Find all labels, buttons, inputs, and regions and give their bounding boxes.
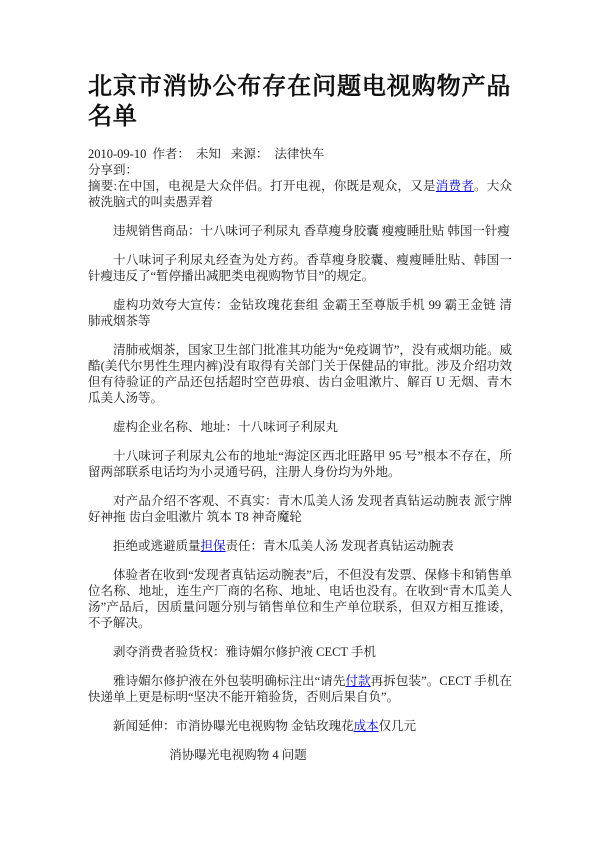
news-extension-text-pre: 新闻延伸：市消协曝光电视购物 金钻玫瑰花	[113, 719, 354, 733]
paragraph-refuse-guarantee: 拒绝或逃避质量担保责任：青木瓜美人汤 发现者真钻运动腕表	[88, 538, 512, 554]
author-value: 未知	[196, 147, 221, 161]
article-meta-block: 2010-09-10作者：未知来源：法律快车 分享到： 摘要:在中国，电视是大众…	[88, 146, 512, 210]
paragraph-violation-products: 违规销售商品：十八味诃子利尿丸 香草瘦身胶囊 瘦瘦睡肚贴 韩国一针瘦	[88, 223, 512, 239]
share-label: 分享到：	[88, 162, 512, 178]
paragraph-pay-first: 雅诗媚尔修护液在外包装明确标注出“请先付款再拆包装”。CECT 手机在快递单上更…	[88, 673, 512, 705]
paragraph-expose-four-problems: 消协曝光电视购物 4 问题	[88, 747, 512, 763]
guarantee-text-pre: 拒绝或逃避质量	[113, 539, 201, 553]
paragraph-prescription-drug: 十八味诃子利尿丸经查为处方药。香草瘦身胶囊、瘦瘦睡肚贴、韩国一针瘦违反了“暂停播…	[88, 252, 512, 284]
paragraph-quit-smoking-tea: 清肺戒烟茶，国家卫生部门批准其功能为“免疫调节”，没有戒烟功能。威酷(美代尔男性…	[88, 342, 512, 406]
paragraph-fictitious-company: 虚构企业名称、地址：十八味诃子利尿丸	[88, 419, 512, 435]
paragraph-experience-complaint: 体验者在收到“发现者真钻运动腕表”后，不但没有发票、保修卡和销售单位名称、地址，…	[88, 567, 512, 631]
page-title: 北京市消协公布存在问题电视购物产品名单	[88, 72, 512, 132]
meta-line: 2010-09-10作者：未知来源：法律快车	[88, 146, 512, 162]
abstract: 摘要:在中国，电视是大众伴侣。打开电视，你既是观众，又是消费者。大众被洗脑式的叫…	[88, 178, 512, 210]
consumer-link[interactable]: 消费者	[436, 179, 474, 193]
payment-link[interactable]: 付款	[345, 674, 370, 688]
cost-link[interactable]: 成本	[354, 719, 379, 733]
guarantee-text-post: 责任：青木瓜美人汤 发现者真钻运动腕表	[226, 539, 454, 553]
source-value: 法律快车	[274, 147, 324, 161]
document-page: 北京市消协公布存在问题电视购物产品名单 2010-09-10作者：未知来源：法律…	[0, 0, 595, 842]
abstract-text-pre: 摘要:在中国，电视是大众伴侣。打开电视，你既是观众，又是	[88, 179, 436, 193]
paragraph-fake-address: 十八味诃子利尿丸公布的地址“海淀区西北旺路甲 95 号”根本不存在，所留两部联系…	[88, 448, 512, 480]
news-extension-text-post: 仅几元	[379, 719, 417, 733]
source-label: 来源：	[231, 147, 269, 161]
paragraph-news-extension: 新闻延伸：市消协曝光电视购物 金钻玫瑰花成本仅几元	[88, 718, 512, 734]
payment-text-pre: 雅诗媚尔修护液在外包装明确标注出“请先	[113, 674, 345, 688]
author-label: 作者：	[152, 147, 190, 161]
publish-date: 2010-09-10	[88, 147, 146, 161]
paragraph-exaggerated-claims: 虚构功效夸大宣传：金钻玫瑰花套组 金霸王至尊版手机 99 霸王金链 清肺戒烟茶等	[88, 297, 512, 329]
paragraph-deprive-inspection: 剥夺消费者验货权：雅诗媚尔修护液 CECT 手机	[88, 644, 512, 660]
paragraph-untrue-introduction: 对产品介绍不客观、不真实：青木瓜美人汤 发现者真钻运动腕表 派宁牌好神拖 齿白金…	[88, 493, 512, 525]
guarantee-link[interactable]: 担保	[201, 539, 226, 553]
